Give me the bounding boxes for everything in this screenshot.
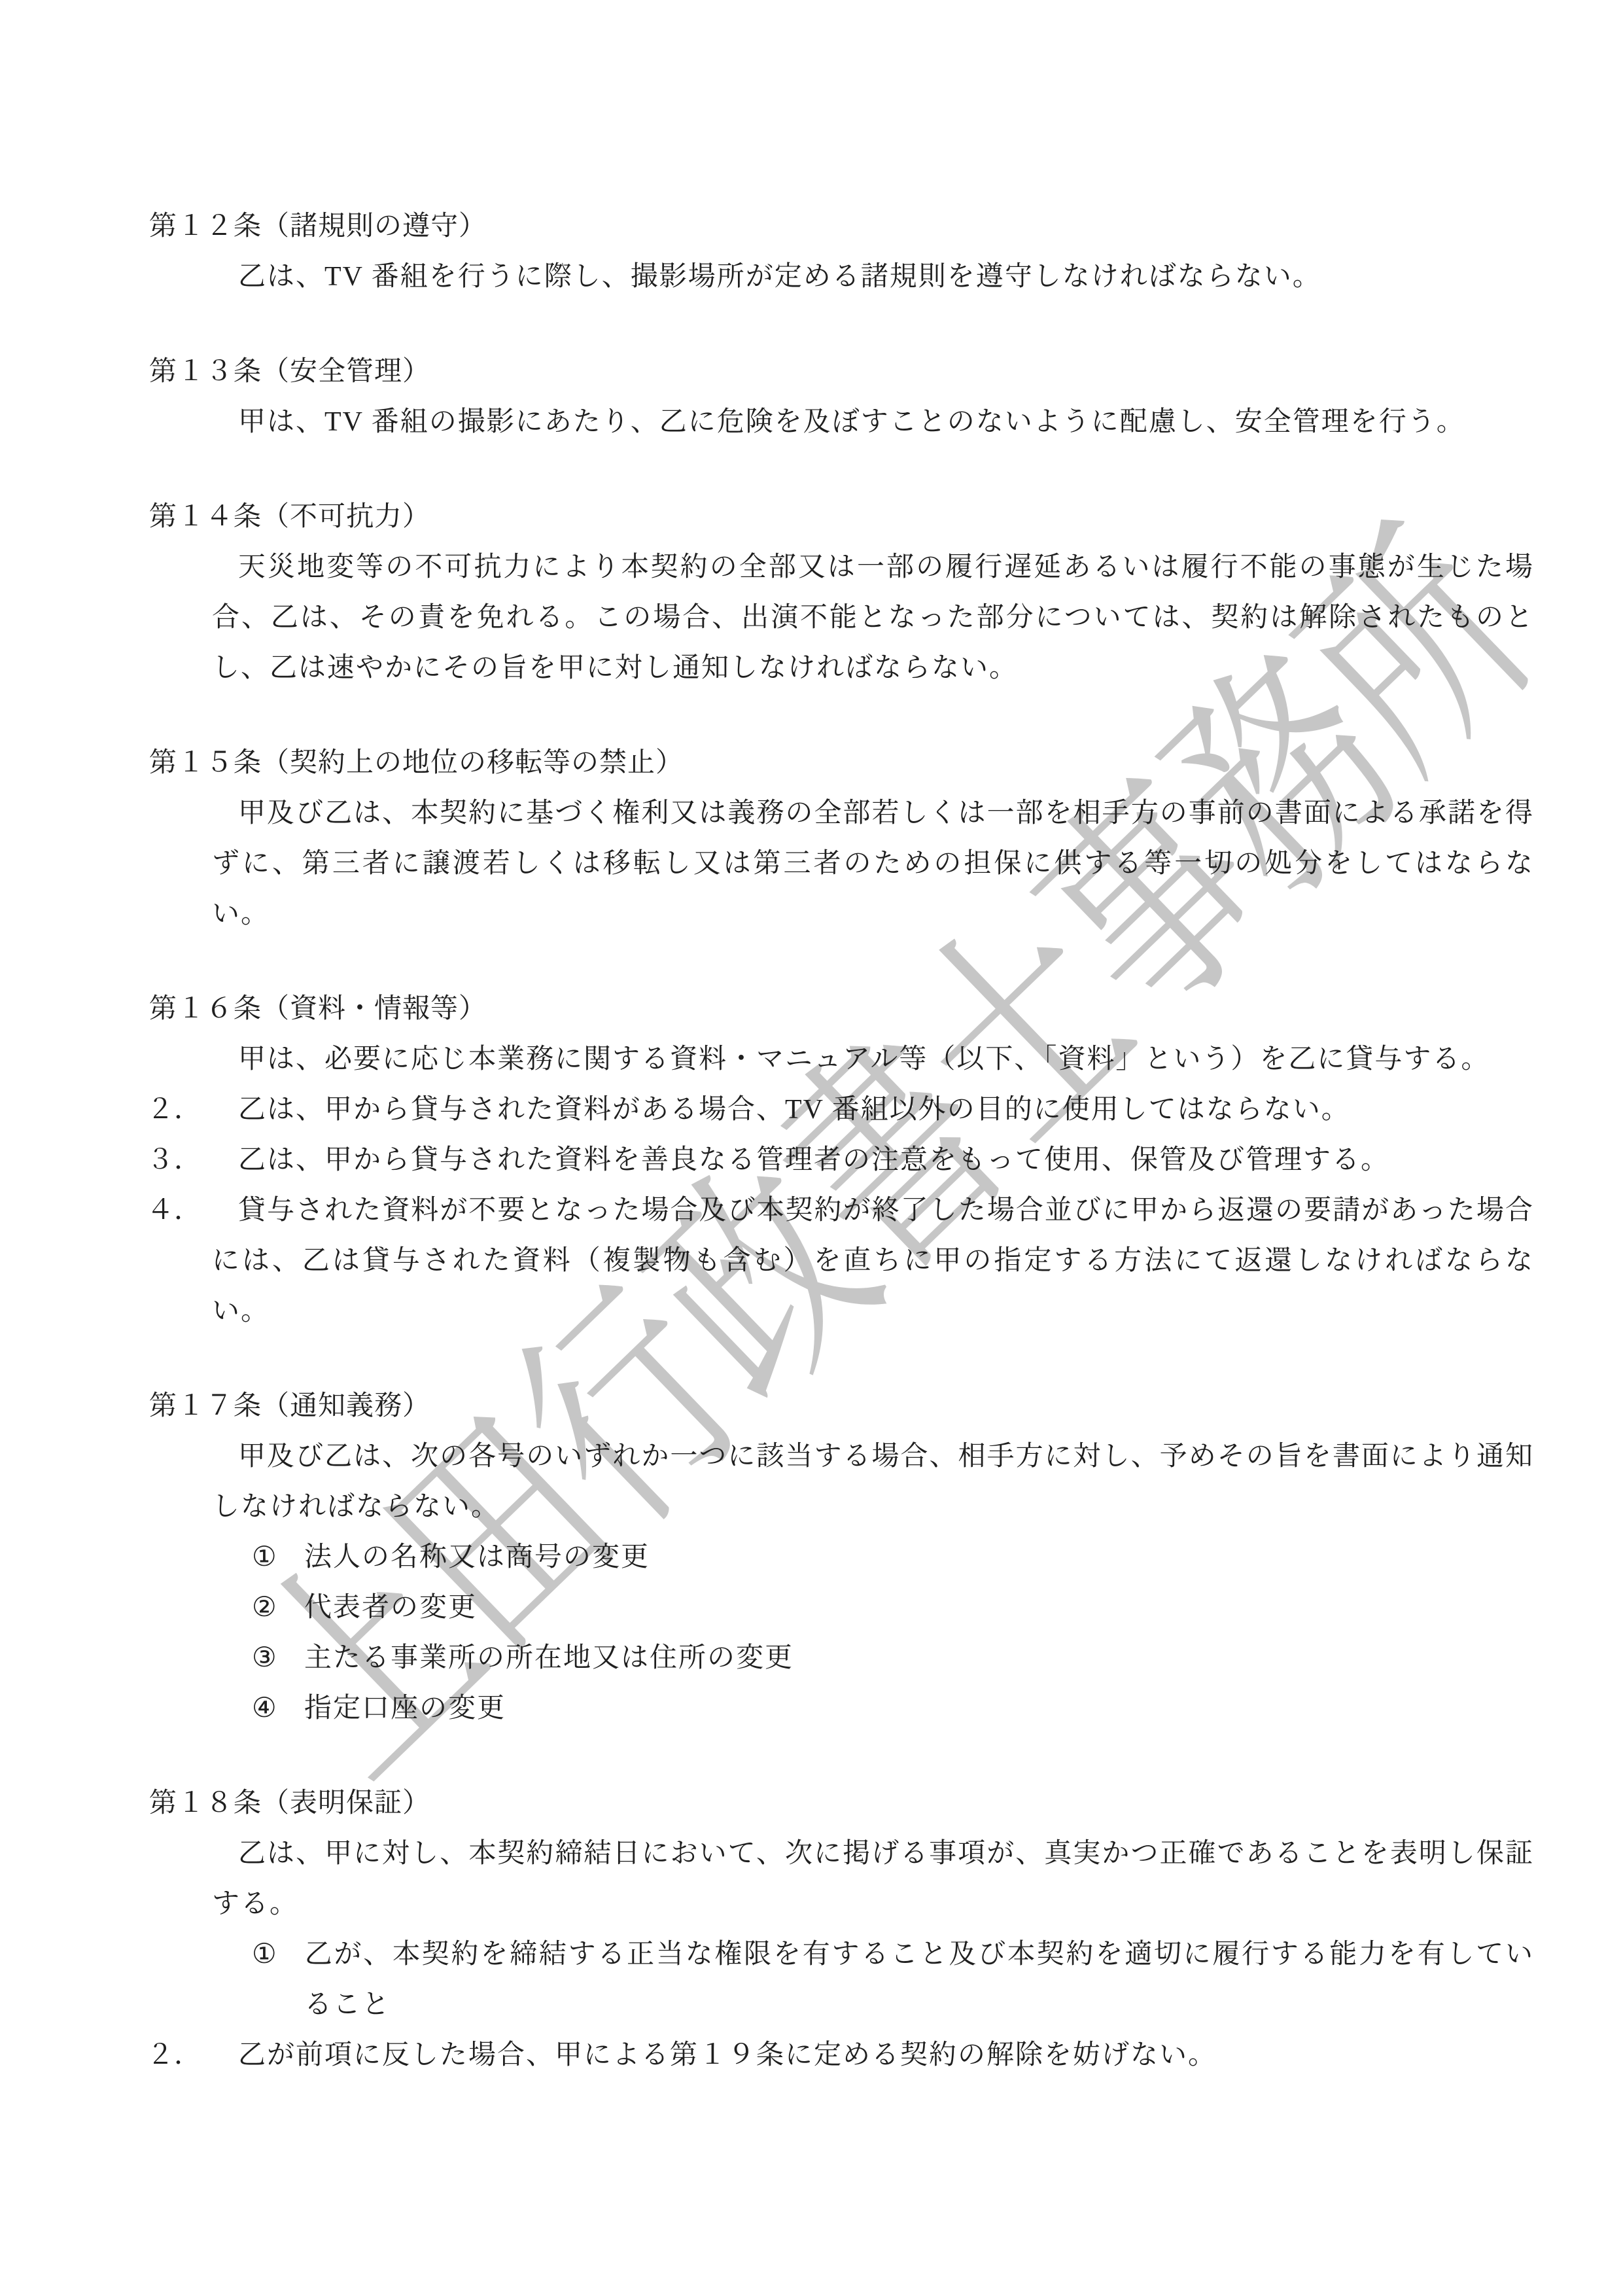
article-heading: 第１５条（契約上の地位の移転等の禁止） bbox=[149, 738, 1534, 788]
circled-item: ①法人の名称又は商号の変更 bbox=[304, 1532, 1534, 1583]
article-15: 第１５条（契約上の地位の移転等の禁止）甲及び乙は、本契約に基づく権利又は義務の全… bbox=[149, 738, 1534, 940]
circled-item: ③主たる事業所の所在地又は住所の変更 bbox=[304, 1633, 1534, 1684]
article-14: 第１４条（不可抗力）天災地変等の不可抗力により本契約の全部又は一部の履行遅延ある… bbox=[149, 492, 1534, 694]
item-number: ２． bbox=[147, 1085, 238, 1135]
item-text: 乙が前項に反した場合、甲による第１９条に定める契約の解除を妨げない。 bbox=[238, 2040, 1217, 2070]
article-heading: 第１３条（安全管理） bbox=[149, 347, 1534, 397]
item-text: 乙は、甲から貸与された資料がある場合、TV 番組以外の目的に使用してはならない。 bbox=[238, 1095, 1350, 1125]
circled-item: ①乙が、本契約を締結する正当な権限を有すること及び本契約を適切に履行する能力を有… bbox=[304, 1930, 1534, 2030]
article-17: 第１７条（通知義務）甲及び乙は、次の各号のいずれか一つに該当する場合、相手方に対… bbox=[149, 1381, 1534, 1734]
numbered-item: ２．乙は、甲から貸与された資料がある場合、TV 番組以外の目的に使用してはならな… bbox=[212, 1085, 1534, 1135]
paragraph: 甲及び乙は、本契約に基づく権利又は義務の全部若しくは一部を相手方の事前の書面によ… bbox=[212, 788, 1534, 940]
item-text: 指定口座の変更 bbox=[304, 1693, 506, 1723]
item-number: ３． bbox=[147, 1135, 238, 1186]
item-circled-number: ① bbox=[252, 1930, 304, 1980]
paragraph: 天災地変等の不可抗力により本契約の全部又は一部の履行遅延あるいは履行不能の事態が… bbox=[212, 542, 1534, 694]
paragraph: 甲及び乙は、次の各号のいずれか一つに該当する場合、相手方に対し、予めその旨を書面… bbox=[212, 1432, 1534, 1532]
circled-item: ④指定口座の変更 bbox=[304, 1684, 1534, 1734]
article-heading: 第１６条（資料・情報等） bbox=[149, 984, 1534, 1034]
article-12: 第１２条（諸規則の遵守）乙は、TV 番組を行うに際し、撮影場所が定める諸規則を遵… bbox=[149, 202, 1534, 302]
paragraph: 乙は、甲に対し、本契約締結日において、次に掲げる事項が、真実かつ正確であることを… bbox=[212, 1829, 1534, 1930]
item-circled-number: ① bbox=[252, 1532, 304, 1583]
item-text: 代表者の変更 bbox=[304, 1593, 477, 1623]
item-number: ４． bbox=[147, 1186, 238, 1236]
article-16: 第１６条（資料・情報等）甲は、必要に応じ本業務に関する資料・マニュアル等（以下、… bbox=[149, 984, 1534, 1337]
circled-item: ②代表者の変更 bbox=[304, 1583, 1534, 1633]
paragraph: 甲は、必要に応じ本業務に関する資料・マニュアル等（以下、「資料」という）を乙に貸… bbox=[212, 1034, 1534, 1085]
article-13: 第１３条（安全管理）甲は、TV 番組の撮影にあたり、乙に危険を及ぼすことのないよ… bbox=[149, 347, 1534, 448]
item-text: 法人の名称又は商号の変更 bbox=[304, 1542, 650, 1572]
article-heading: 第１８条（表明保証） bbox=[149, 1778, 1534, 1829]
paragraph: 乙は、TV 番組を行うに際し、撮影場所が定める諸規則を遵守しなければならない。 bbox=[212, 252, 1534, 302]
item-circled-number: ④ bbox=[252, 1684, 304, 1734]
document-body: 第１２条（諸規則の遵守）乙は、TV 番組を行うに際し、撮影場所が定める諸規則を遵… bbox=[0, 0, 1623, 2081]
item-text: 主たる事業所の所在地又は住所の変更 bbox=[304, 1643, 794, 1673]
item-text: 乙が、本契約を締結する正当な権限を有すること及び本契約を適切に履行する能力を有し… bbox=[304, 1939, 1534, 2020]
item-number: ２． bbox=[147, 2030, 238, 2081]
numbered-item: ３．乙は、甲から貸与された資料を善良なる管理者の注意をもって使用、保管及び管理す… bbox=[212, 1135, 1534, 1186]
numbered-item: ２．乙が前項に反した場合、甲による第１９条に定める契約の解除を妨げない。 bbox=[212, 2030, 1534, 2081]
article-heading: 第１４条（不可抗力） bbox=[149, 492, 1534, 542]
article-heading: 第１７条（通知義務） bbox=[149, 1381, 1534, 1432]
item-text: 貸与された資料が不要となった場合及び本契約が終了した場合並びに甲から返還の要請が… bbox=[212, 1195, 1534, 1326]
item-text: 乙は、甲から貸与された資料を善良なる管理者の注意をもって使用、保管及び管理する。 bbox=[238, 1145, 1389, 1175]
numbered-item: ４．貸与された資料が不要となった場合及び本契約が終了した場合並びに甲から返還の要… bbox=[212, 1186, 1534, 1337]
contract-page: { "page": { "watermark": "上田行政書士事務所", "w… bbox=[0, 0, 1623, 2296]
article-heading: 第１２条（諸規則の遵守） bbox=[149, 202, 1534, 252]
item-circled-number: ③ bbox=[252, 1633, 304, 1684]
paragraph: 甲は、TV 番組の撮影にあたり、乙に危険を及ぼすことのないように配慮し、安全管理… bbox=[212, 397, 1534, 448]
item-circled-number: ② bbox=[252, 1583, 304, 1633]
article-18: 第１８条（表明保証）乙は、甲に対し、本契約締結日において、次に掲げる事項が、真実… bbox=[149, 1778, 1534, 2081]
